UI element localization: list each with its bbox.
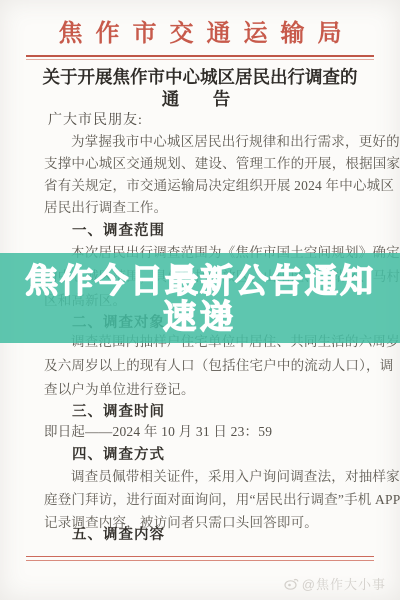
section-heading-content: 五、调查内容 [72, 523, 165, 544]
header-rule [26, 55, 374, 60]
text-line: 即日起——2024 年 10 月 31 日 23：59 [44, 421, 380, 443]
text-line: 省有关规定，市交通运输局决定组织开展 2024 年中心城区 [44, 175, 380, 197]
overlay-text-line2: 速递 [0, 299, 400, 335]
text-line: 居民出行调查工作。 [44, 197, 380, 219]
overlay-banner: 焦作今日最新公告通知 速递 [0, 253, 400, 343]
notice-document-photo: 焦作市交通运输局 关于开展焦作市中心城区居民出行调查的 通 告 广大市民朋友: … [0, 0, 400, 600]
watermark-text: @焦作大小事 [302, 574, 386, 593]
text-line: 查以户为单位进行登记。 [44, 378, 380, 402]
watermark: @焦作大小事 [284, 574, 386, 593]
section-heading-method: 四、调查方式 [72, 443, 165, 464]
text-line: 支撑中心城区交通规划、建设、管理工作的开展，根据国家、 [44, 153, 380, 175]
footer-rule [26, 556, 374, 561]
intro-paragraph: 为掌握我市中心城区居民出行规律和出行需求，更好的 支撑中心城区交通规划、建设、管… [44, 131, 380, 219]
section-paragraph-time: 即日起——2024 年 10 月 31 日 23：59 [44, 421, 380, 443]
weibo-icon [284, 577, 299, 590]
section-heading-time: 三、调查时间 [72, 400, 165, 421]
notice-title-line2: 通 告 [0, 86, 400, 111]
agency-name: 焦作市交通运输局 [0, 13, 400, 48]
text-line: 庭登门拜访，进行面对面询问，用“居民出行调查”手机 APP [44, 488, 380, 511]
text-line: 为掌握我市中心城区居民出行规律和出行需求，更好的 [44, 131, 380, 153]
text-line: 调查员佩带相关证件，采用入户询问调查法，对抽样家 [44, 465, 380, 488]
salutation: 广大市民朋友: [48, 109, 143, 129]
overlay-text-line1: 焦作今日最新公告通知 [0, 262, 400, 299]
text-line: 及六周岁以上的现有人口（包括住宅户中的流动人口），调 [44, 354, 380, 378]
section-heading-scope: 一、调查范围 [72, 219, 165, 240]
